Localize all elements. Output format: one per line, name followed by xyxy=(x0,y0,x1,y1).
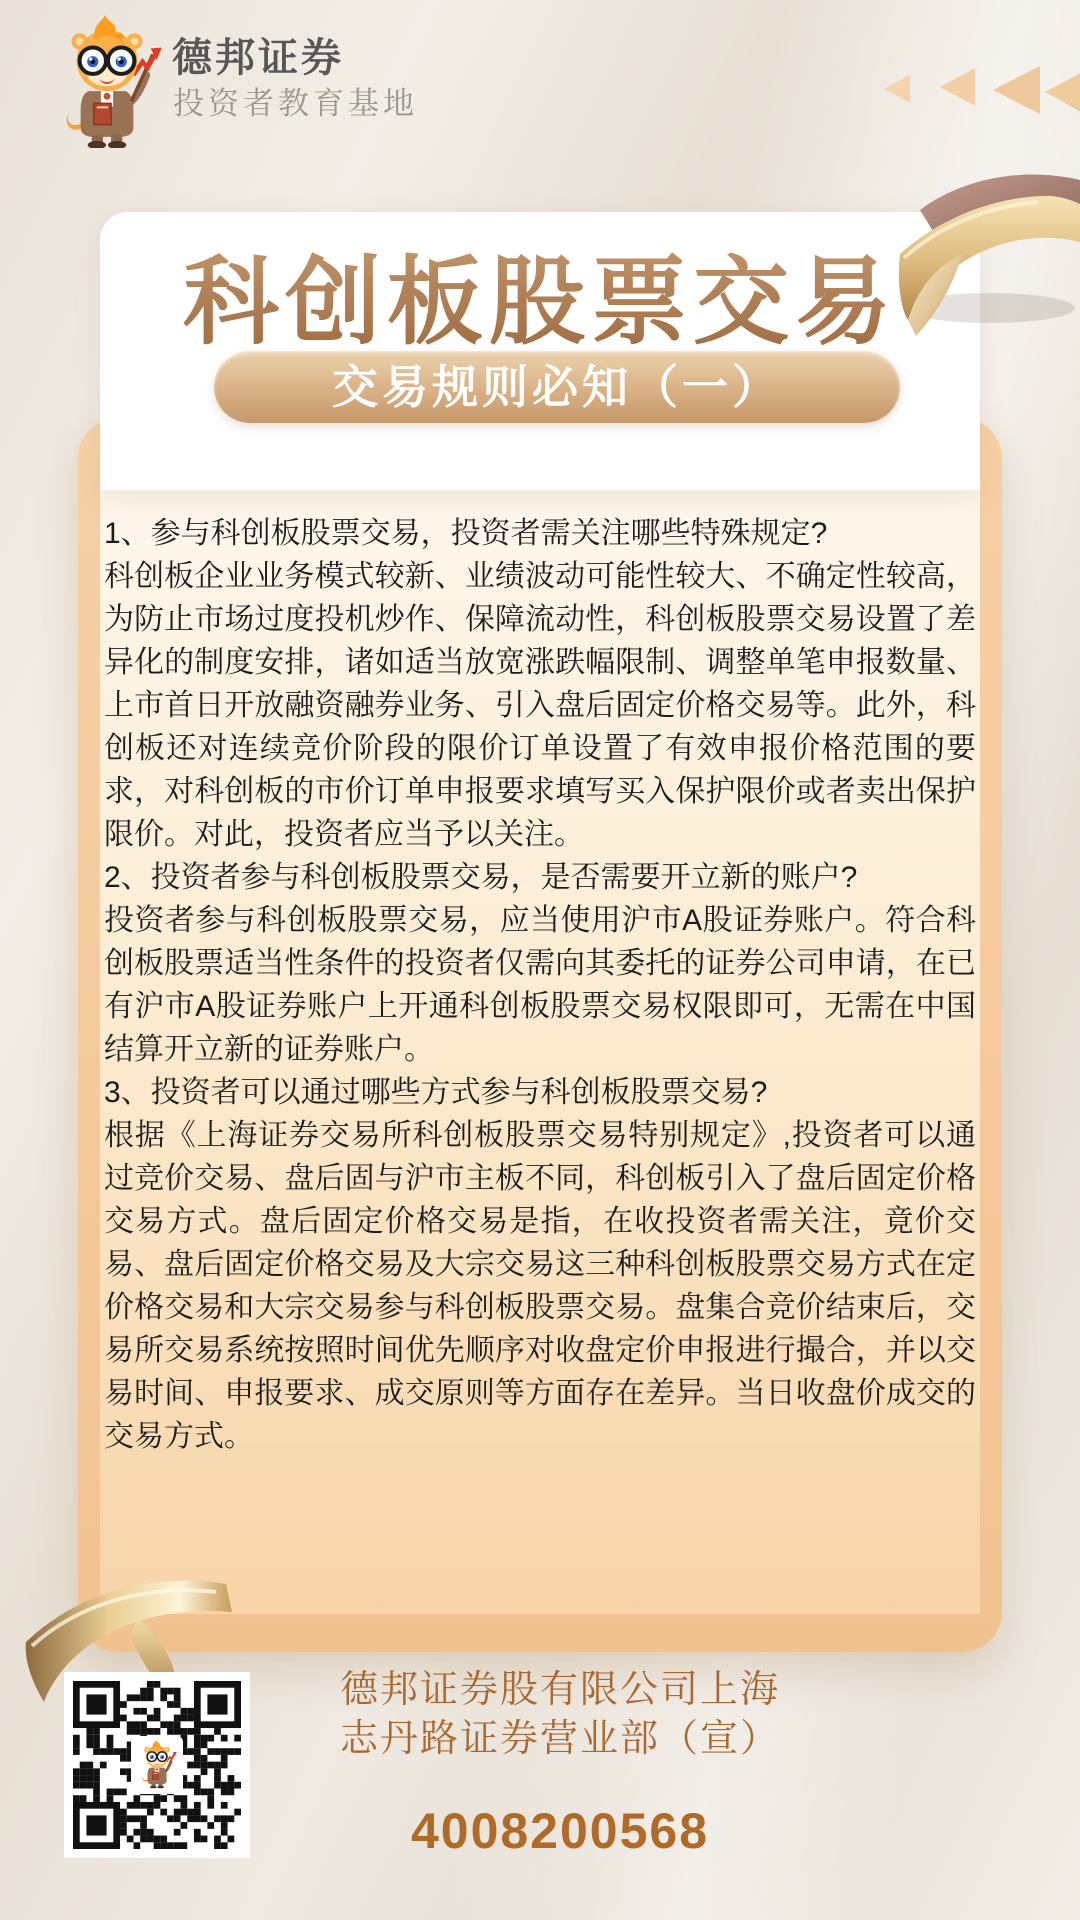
footer: 德邦证券股有限公司上海 志丹路证券营业部（宣） 4008200568 xyxy=(280,1666,840,1860)
qr-center-badge xyxy=(131,1736,183,1794)
company-line-2: 志丹路证券营业部（宣） xyxy=(280,1715,840,1764)
phone-number: 4008200568 xyxy=(280,1802,840,1860)
body-paragraph: 根据《上海证券交易所科创板股票交易特别规定》,投资者可以通过竞价交易、盘后固与沪… xyxy=(104,1114,976,1458)
brand-name: 德邦证券 xyxy=(172,26,344,83)
qr-mascot-icon xyxy=(135,1739,179,1789)
company-line-1: 德邦证券股有限公司上海 xyxy=(280,1666,840,1715)
subtitle-banner: 交易规则必知（一） xyxy=(214,351,900,423)
body-text: 1、参与科创板股票交易，投资者需关注哪些特殊规定? 科创板企业业务模式较新、业绩… xyxy=(104,512,976,1458)
poster-title: 科创板股票交易 xyxy=(100,226,980,363)
header: 德邦证券 投资者教育基地 xyxy=(0,0,1080,170)
body-paragraph: 3、投资者可以通过哪些方式参与科创板股票交易? xyxy=(104,1071,976,1114)
poster-page: 德邦证券 投资者教育基地 科创板股票交易 交易规则必知（一） 1、参与科创板股票… xyxy=(0,0,1080,1920)
body-paragraph: 科创板企业业务模式较新、业绩波动可能性较大、不确定性较高，为防止市场过度投机炒作… xyxy=(104,555,976,856)
body-paragraph: 1、参与科创板股票交易，投资者需关注哪些特殊规定? xyxy=(104,512,976,555)
subtitle-banner-label: 交易规则必知（一） xyxy=(214,351,900,423)
ribbon-top-icon xyxy=(860,158,1080,358)
body-paragraph: 2、投资者参与科创板股票交易，是否需要开立新的账户? xyxy=(104,856,976,899)
brand-tagline: 投资者教育基地 xyxy=(173,78,418,123)
qr-code xyxy=(64,1672,250,1858)
body-paragraph: 投资者参与科创板股票交易，应当使用沪市A股证券账户。符合科创板股票适当性条件的投… xyxy=(104,899,976,1071)
mascot-icon xyxy=(46,14,168,148)
